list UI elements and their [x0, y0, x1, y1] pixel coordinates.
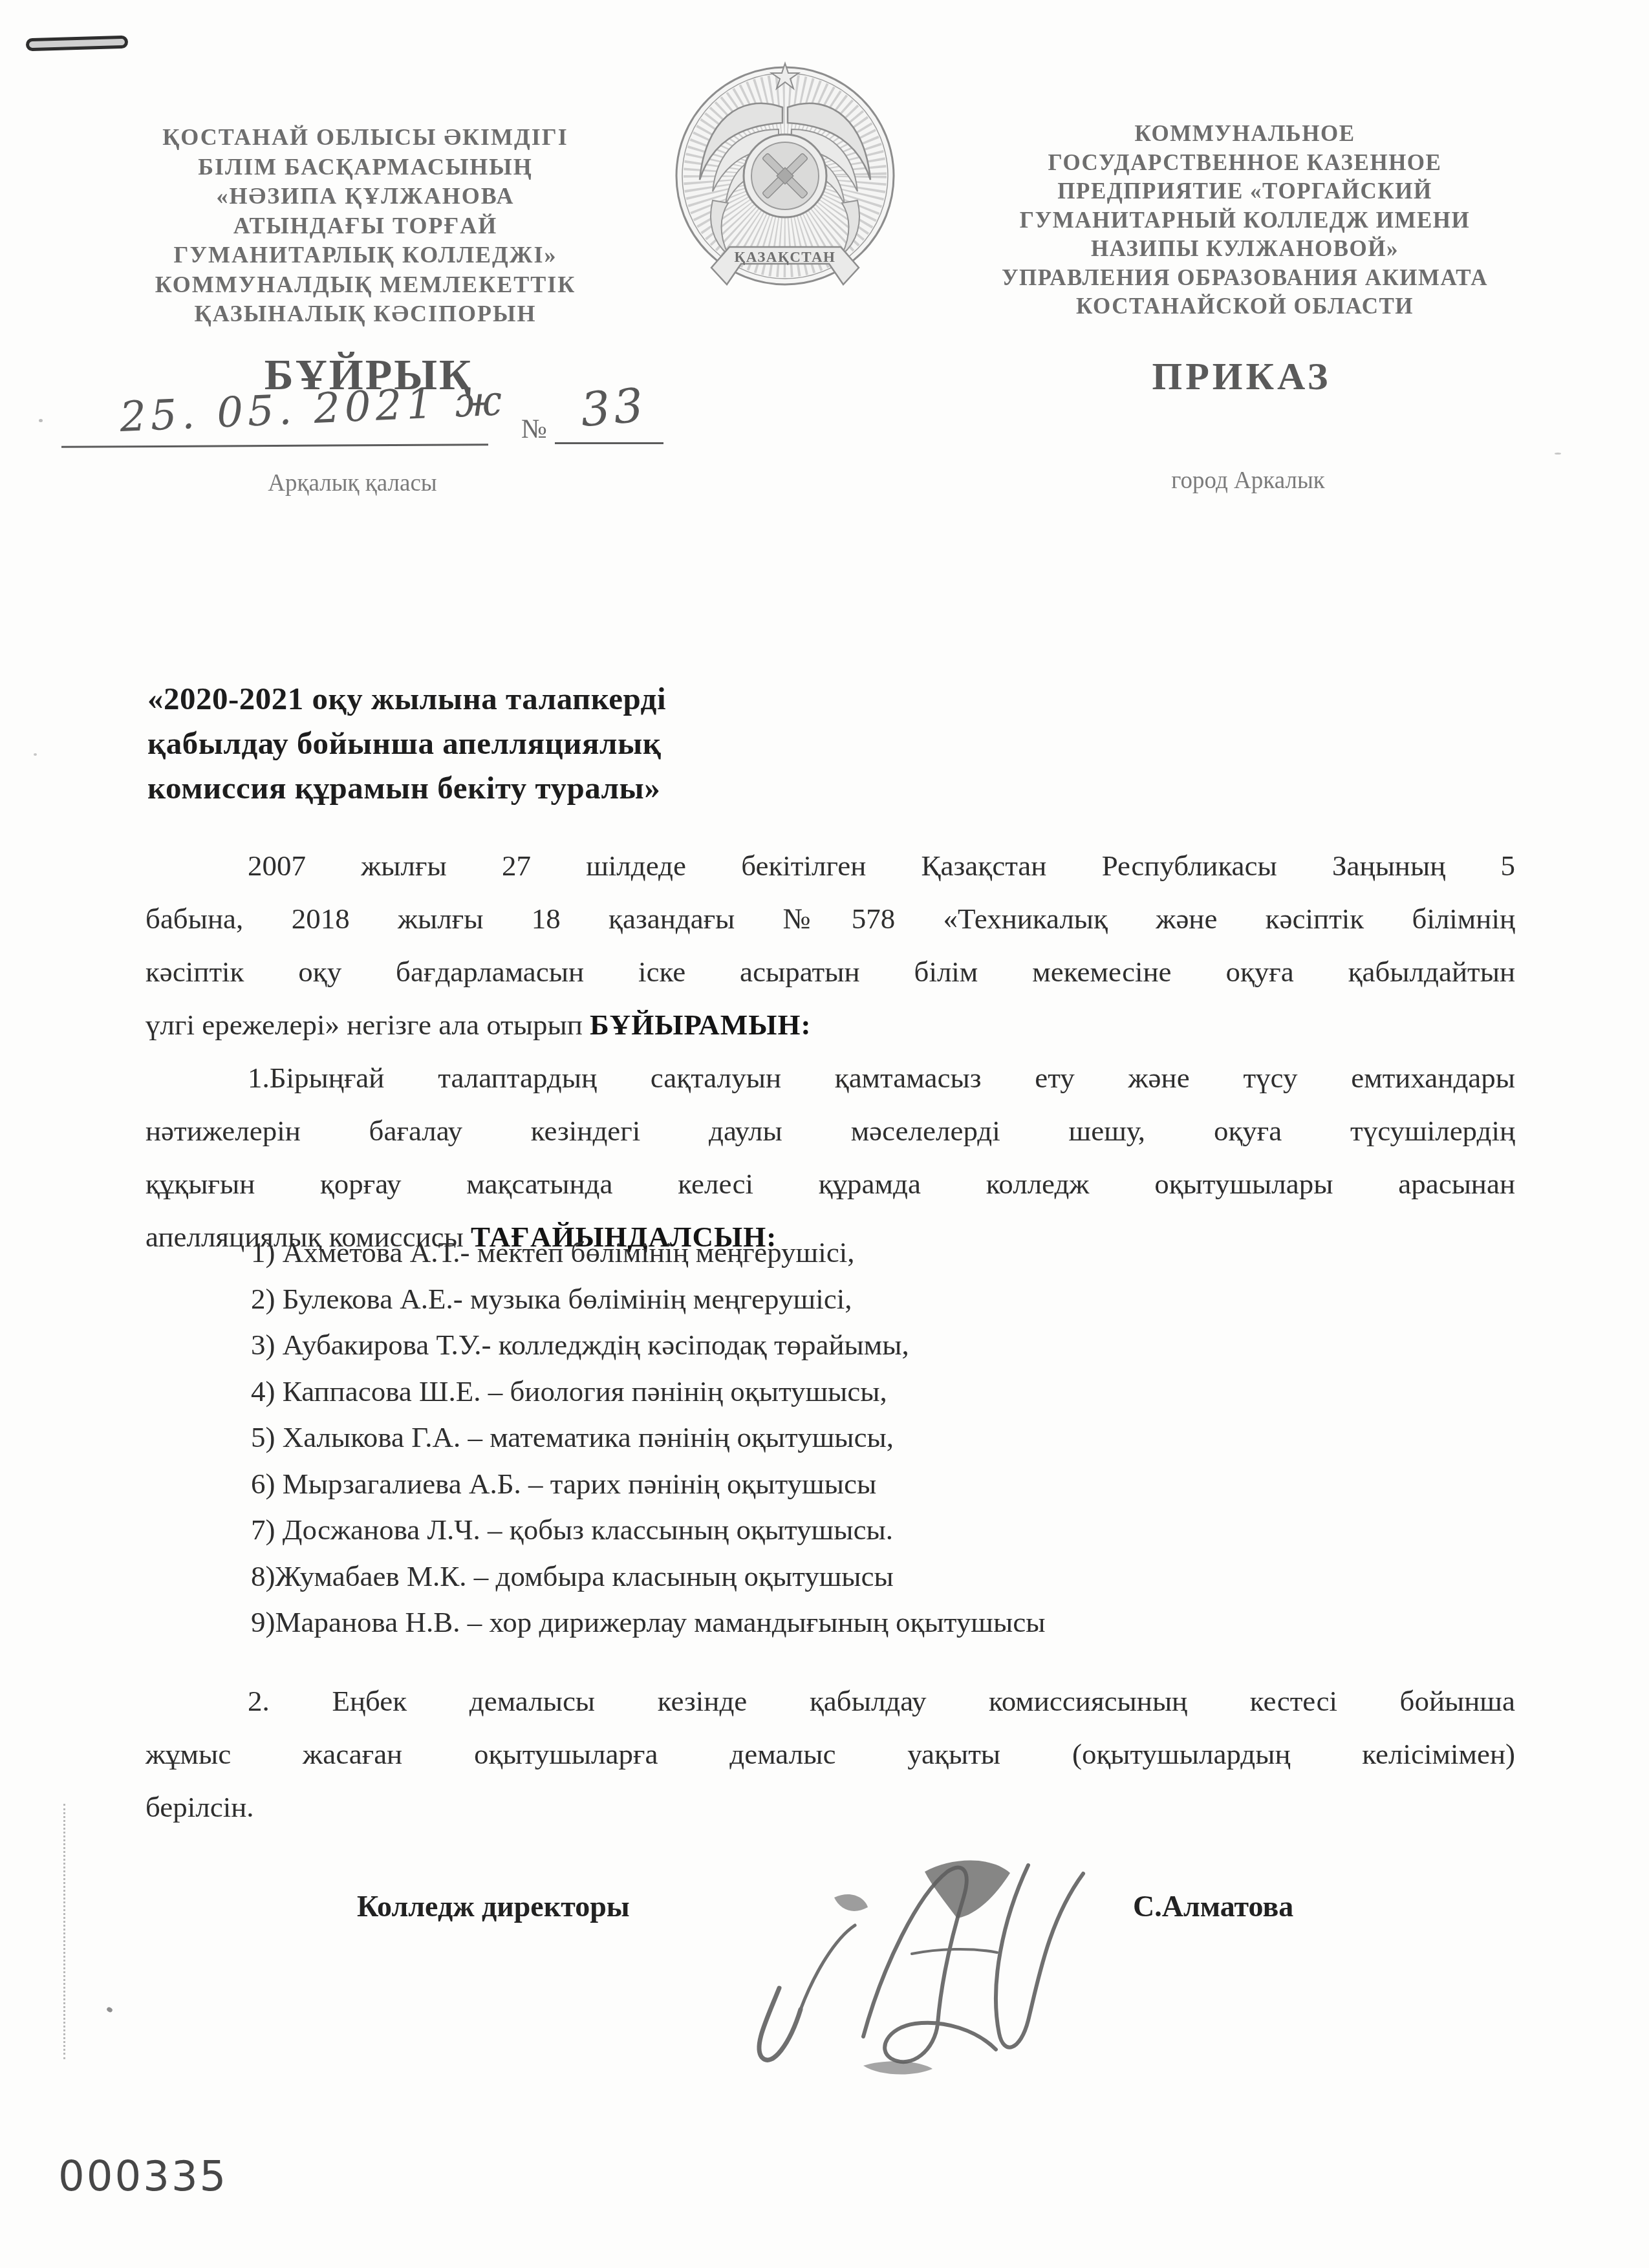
body-line: 2. Еңбек демалысы кезінде қабылдау комис…: [145, 1674, 1515, 1728]
letterhead-line: КОММУНАЛЬНОЕ: [931, 120, 1558, 149]
signatory-role: Колледж директоры: [357, 1889, 630, 1923]
letterhead-line: ГУМАНИТАРНЫЙ КОЛЛЕДЖ ИМЕНИ: [931, 206, 1558, 235]
scan-mark-bar: [26, 36, 128, 51]
number-sign: №: [521, 414, 547, 445]
list-item: 1) Ахметова А.Т.- мектеп бөлімінің меңге…: [251, 1230, 1045, 1276]
list-item: 4) Каппасова Ш.Е. – биология пәнінің оқы…: [251, 1369, 1045, 1415]
letterhead-line: «НӘЗИПА ҚҰЛЖАНОВА: [97, 182, 634, 211]
order-title-russian: ПРИКАЗ: [1048, 354, 1436, 399]
letterhead-kazakh: ҚОСТАНАЙ ОБЛЫСЫ ӘКІМДІГІ БІЛІМ БАСҚАРМАС…: [97, 123, 634, 329]
scan-speck: [34, 753, 37, 756]
body-line: кәсіптік оқу бағдарламасын іске асыратын…: [145, 945, 1515, 998]
city-kazakh: Арқалық қаласы: [213, 469, 491, 497]
scanned-order-document: ҚОСТАНАЙ ОБЛЫСЫ ӘКІМДІГІ БІЛІМ БАСҚАРМАС…: [0, 0, 1649, 2268]
letterhead-line: ГОСУДАРСТВЕННОЕ КАЗЕННОЕ: [931, 149, 1558, 178]
list-item: 2) Булекова А.Е.- музыка бөлімінің меңге…: [251, 1276, 1045, 1323]
body-line: 1.Бірыңғай талаптардың сақталуын қамтама…: [145, 1051, 1515, 1104]
list-item: 6) Мырзагалиева А.Б. – тарих пәнінің оқы…: [251, 1461, 1045, 1508]
order-subject-title: «2020-2021 оқу жылына талапкерді қабылда…: [147, 676, 666, 810]
handwritten-order-number: 33: [579, 378, 649, 438]
closing-paragraph: 2. Еңбек демалысы кезінде қабылдау комис…: [145, 1674, 1515, 1834]
list-item: 9)Маранова Н.В. – хор дирижерлау маманды…: [251, 1599, 1045, 1646]
letterhead-line: БІЛІМ БАСҚАРМАСЫНЫҢ: [97, 153, 634, 182]
page-number-stamp: 000335: [58, 2153, 228, 2201]
order-body-text: 2007 жылғы 27 шілдеде бекітілген Қазақст…: [145, 839, 1515, 1263]
date-underline: [61, 444, 488, 447]
list-item: 5) Халыкова Г.А. – математика пәнінің оқ…: [251, 1415, 1045, 1461]
number-underline: [555, 442, 663, 444]
list-item: 8)Жумабаев М.К. – домбыра класының оқыту…: [251, 1554, 1045, 1600]
list-item: 3) Аубакирова Т.У.- колледждің кәсіподақ…: [251, 1322, 1045, 1369]
title-line: комиссия құрамын бекіту туралы»: [147, 765, 666, 810]
resolve-keyword: БҰЙЫРАМЫН:: [590, 1009, 811, 1041]
letterhead-line: ГУМАНИТАРЛЫҚ КОЛЛЕДЖІ»: [97, 241, 634, 270]
list-item: 7) Досжанова Л.Ч. – қобыз классының оқыт…: [251, 1507, 1045, 1554]
letterhead-line: ПРЕДПРИЯТИЕ «ТОРГАЙСКИЙ: [931, 177, 1558, 206]
title-line: қабылдау бойынша апелляциялық: [147, 721, 666, 765]
commission-members-list: 1) Ахметова А.Т.- мектеп бөлімінің меңге…: [251, 1230, 1045, 1646]
kazakhstan-coat-of-arms: ҚАЗАҚСТАН: [674, 52, 897, 307]
body-line: жұмыс жасаған оқытушыларға демалыс уақыт…: [145, 1728, 1515, 1781]
body-line: нәтижелерін бағалау кезіндегі даулы мәсе…: [145, 1104, 1515, 1157]
body-line: 2007 жылғы 27 шілдеде бекітілген Қазақст…: [145, 839, 1515, 892]
signatory-name: С.Алматова: [1133, 1889, 1293, 1923]
body-line: берілсін.: [145, 1781, 1515, 1834]
city-russian: город Аркалык: [1086, 467, 1410, 495]
scan-edge-line: [63, 1804, 65, 2059]
letterhead-line: УПРАВЛЕНИЯ ОБРАЗОВАНИЯ АКИМАТА: [931, 264, 1558, 293]
body-line: бабына, 2018 жылғы 18 қазандағы №578 «Те…: [145, 892, 1515, 945]
letterhead-line: КОММУНАЛДЫҚ МЕМЛЕКЕТТІК: [97, 270, 634, 300]
director-signature: [718, 1836, 1145, 2098]
title-line: «2020-2021 оқу жылына талапкерді: [147, 676, 666, 721]
body-line: құқығын қорғау мақсатында келесі құрамда…: [145, 1157, 1515, 1210]
scan-speck: [106, 2006, 113, 2013]
letterhead-line: НАЗИПЫ КУЛЖАНОВОЙ»: [931, 235, 1558, 264]
letterhead-line: ҚОСТАНАЙ ОБЛЫСЫ ӘКІМДІГІ: [97, 123, 634, 153]
scan-speck: [1555, 453, 1561, 455]
body-line: үлгі ережелері» негізге ала отырып БҰЙЫР…: [145, 998, 1515, 1051]
emblem-banner-text: ҚАЗАҚСТАН: [735, 249, 836, 265]
letterhead-line: КОСТАНАЙСКОЙ ОБЛАСТИ: [931, 292, 1558, 321]
scan-speck: [39, 419, 43, 422]
letterhead-russian: КОММУНАЛЬНОЕ ГОСУДАРСТВЕННОЕ КАЗЕННОЕ ПР…: [931, 120, 1558, 321]
letterhead-line: АТЫНДАҒЫ ТОРҒАЙ: [97, 211, 634, 241]
letterhead-line: ҚАЗЫНАЛЫҚ КӘСІПОРЫН: [97, 299, 634, 329]
